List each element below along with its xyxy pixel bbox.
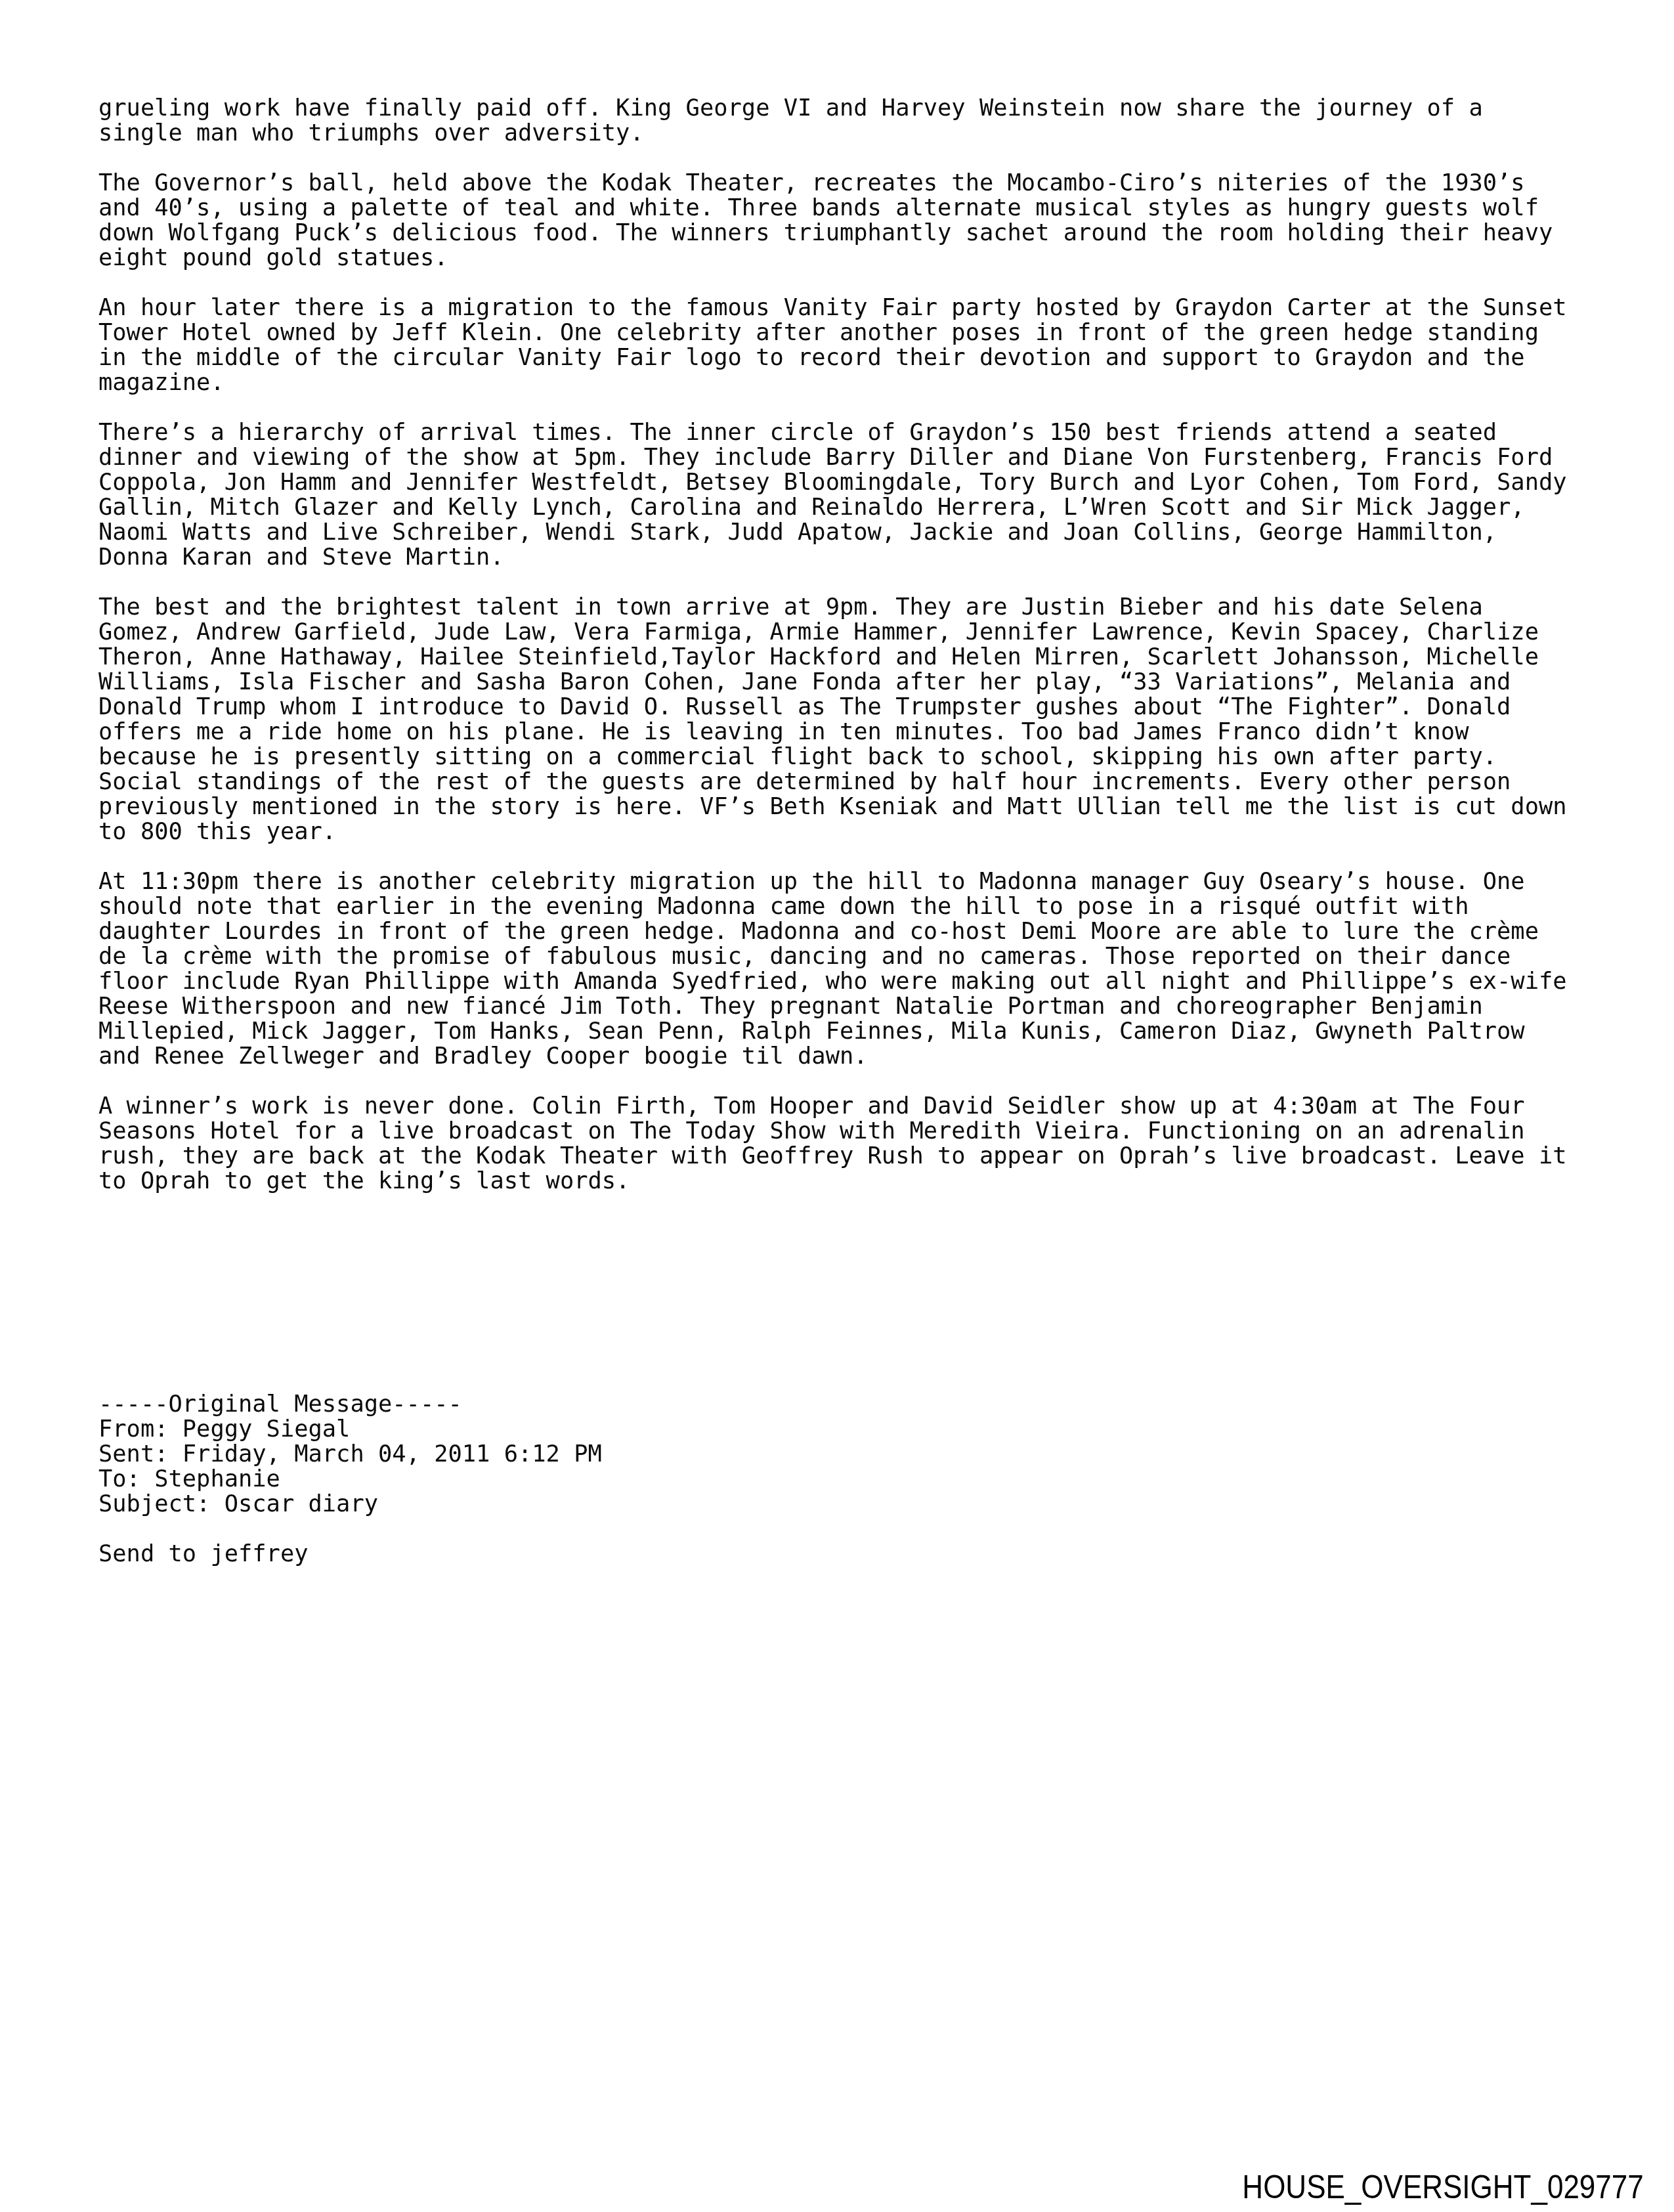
text-line: de la crème with the promise of fabulous… <box>98 944 1608 969</box>
text-line: rush, they are back at the Kodak Theater… <box>98 1144 1608 1169</box>
text-line: Donna Karan and Steve Martin. <box>98 545 1608 570</box>
text-line: Gallin, Mitch Glazer and Kelly Lynch, Ca… <box>98 495 1608 520</box>
text-line: The best and the brightest talent in tow… <box>98 595 1608 620</box>
text-line: because he is presently sitting on a com… <box>98 745 1608 770</box>
email-body: Send to jeffrey <box>98 1542 1608 1567</box>
text-line: and Renee Zellweger and Bradley Cooper b… <box>98 1044 1608 1069</box>
email-from: From: Peggy Siegal <box>98 1417 1608 1442</box>
text-line: in the middle of the circular Vanity Fai… <box>98 345 1608 370</box>
email-body-text: Send to jeffrey <box>98 1542 1608 1567</box>
text-line: Millepied, Mick Jagger, Tom Hanks, Sean … <box>98 1019 1608 1044</box>
text-line: Reese Witherspoon and new fiancé Jim Tot… <box>98 994 1608 1019</box>
text-line: At 11:30pm there is another celebrity mi… <box>98 869 1608 894</box>
text-line: and 40’s, using a palette of teal and wh… <box>98 196 1608 221</box>
original-message-separator: -----Original Message----- <box>98 1392 1608 1417</box>
email-sent: Sent: Friday, March 04, 2011 6:12 PM <box>98 1442 1608 1467</box>
original-message-header: -----Original Message----- From: Peggy S… <box>98 1392 1608 1517</box>
text-line: Theron, Anne Hathaway, Hailee Steinfield… <box>98 645 1608 670</box>
text-line: down Wolfgang Puck’s delicious food. The… <box>98 221 1608 246</box>
paragraph: The Governor’s ball, held above the Koda… <box>98 171 1608 271</box>
text-line: should note that earlier in the evening … <box>98 894 1608 919</box>
text-line: single man who triumphs over adversity. <box>98 121 1608 146</box>
text-line: grueling work have finally paid off. Kin… <box>98 96 1608 121</box>
text-line: dinner and viewing of the show at 5pm. T… <box>98 445 1608 470</box>
text-line: A winner’s work is never done. Colin Fir… <box>98 1094 1608 1119</box>
text-line: There’s a hierarchy of arrival times. Th… <box>98 420 1608 445</box>
document-page: grueling work have finally paid off. Kin… <box>98 96 1608 1592</box>
article-body: grueling work have finally paid off. Kin… <box>98 96 1608 1194</box>
email-to: To: Stephanie <box>98 1467 1608 1492</box>
paragraph: The best and the brightest talent in tow… <box>98 595 1608 844</box>
paragraph: There’s a hierarchy of arrival times. Th… <box>98 420 1608 570</box>
text-line: An hour later there is a migration to th… <box>98 295 1608 320</box>
text-line: Social standings of the rest of the gues… <box>98 770 1608 794</box>
text-line: Tower Hotel owned by Jeff Klein. One cel… <box>98 320 1608 345</box>
text-line: previously mentioned in the story is her… <box>98 794 1608 819</box>
text-line: floor include Ryan Phillippe with Amanda… <box>98 969 1608 994</box>
text-line: Seasons Hotel for a live broadcast on Th… <box>98 1119 1608 1144</box>
text-line: offers me a ride home on his plane. He i… <box>98 720 1608 745</box>
bates-number: HOUSE_OVERSIGHT_029777 <box>1243 2169 1644 2205</box>
text-line: magazine. <box>98 370 1608 395</box>
text-line: The Governor’s ball, held above the Koda… <box>98 171 1608 196</box>
email-subject: Subject: Oscar diary <box>98 1492 1608 1517</box>
text-line: to 800 this year. <box>98 819 1608 844</box>
text-line: Gomez, Andrew Garfield, Jude Law, Vera F… <box>98 620 1608 645</box>
text-line: to Oprah to get the king’s last words. <box>98 1169 1608 1194</box>
paragraph: grueling work have finally paid off. Kin… <box>98 96 1608 146</box>
text-line: Coppola, Jon Hamm and Jennifer Westfeldt… <box>98 470 1608 495</box>
text-line: Donald Trump whom I introduce to David O… <box>98 695 1608 720</box>
blank-space <box>98 1219 1608 1392</box>
paragraph: At 11:30pm there is another celebrity mi… <box>98 869 1608 1069</box>
text-line: Williams, Isla Fischer and Sasha Baron C… <box>98 670 1608 695</box>
text-line: eight pound gold statues. <box>98 246 1608 271</box>
paragraph: A winner’s work is never done. Colin Fir… <box>98 1094 1608 1194</box>
text-line: Naomi Watts and Live Schreiber, Wendi St… <box>98 520 1608 545</box>
paragraph: An hour later there is a migration to th… <box>98 295 1608 395</box>
text-line: daughter Lourdes in front of the green h… <box>98 919 1608 944</box>
